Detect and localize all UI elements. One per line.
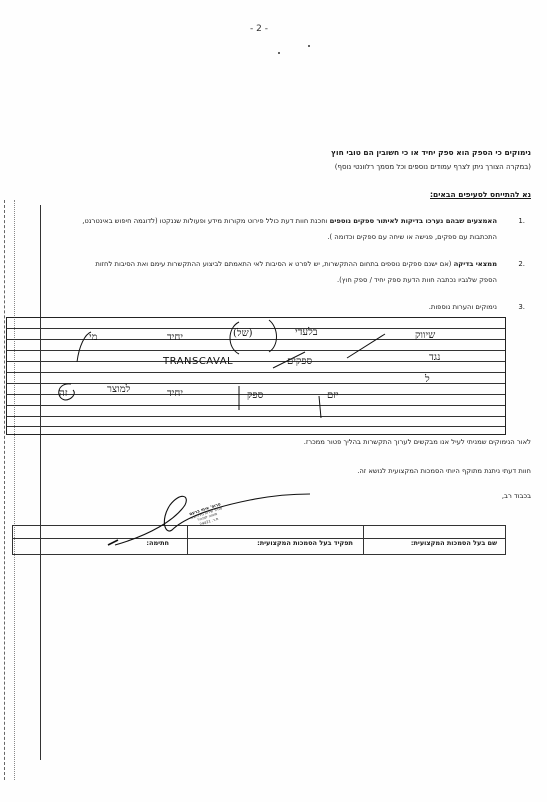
document-page: - 2 - נימוקים כי הספק הוא ספק יחיד או כי… [0, 0, 547, 802]
signature-scribble [0, 0, 547, 802]
